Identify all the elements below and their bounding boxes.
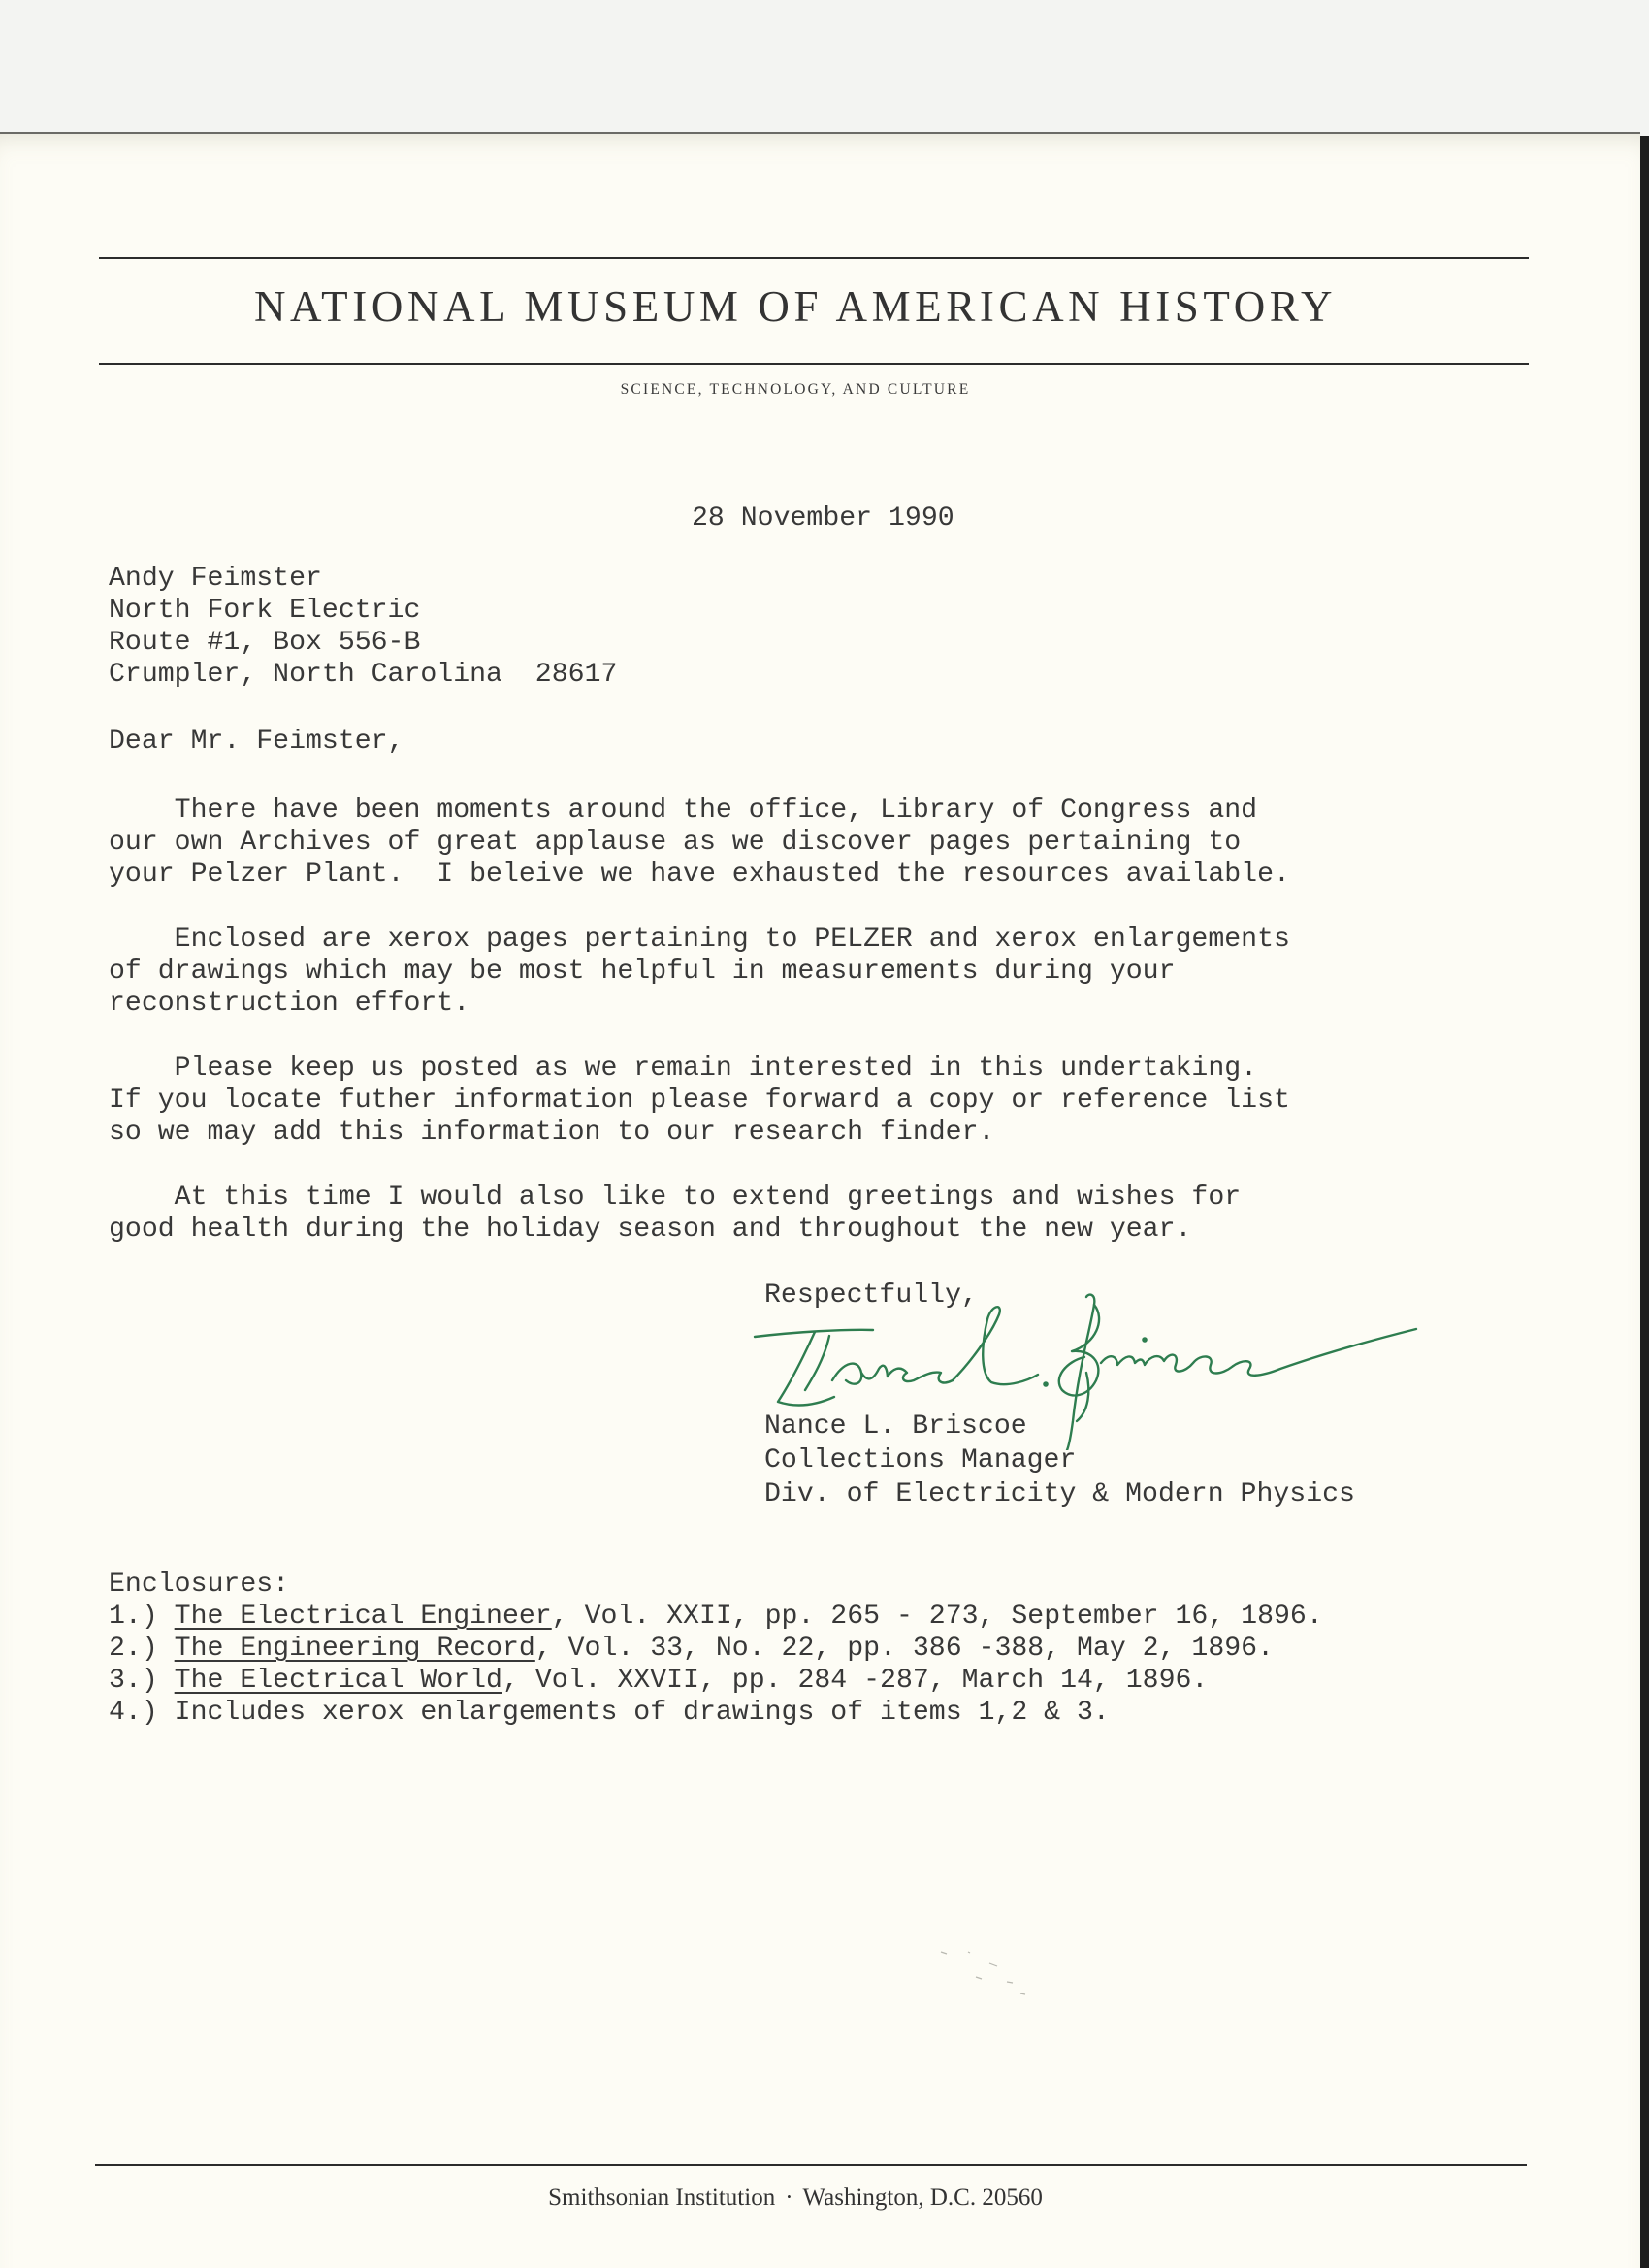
paragraph-line: If you locate futher information please …: [109, 1085, 1290, 1116]
recipient-street: Route #1, Box 556-B: [109, 628, 420, 658]
body-paragraph: Please keep us posted as we remain inter…: [109, 1053, 1290, 1149]
enclosure-publication: The Electrical Engineer: [175, 1602, 552, 1632]
body-paragraph: At this time I would also like to extend…: [109, 1182, 1241, 1246]
letterhead-top-rule: [99, 257, 1529, 259]
footer-separator: ·: [775, 2185, 802, 2211]
enclosure-details: , Vol. XXII, pp. 265 - 273, September 16…: [552, 1602, 1323, 1632]
paragraph-line: your Pelzer Plant. I beleive we have exh…: [109, 859, 1290, 890]
signer-title: Collections Manager: [764, 1445, 1076, 1475]
signer-name: Nance L. Briscoe: [764, 1411, 1027, 1442]
enclosures-list: Enclosures: 1.) The Electrical Engineer,…: [109, 1569, 1323, 1729]
signer-block: Nance L. Briscoe Collections Manager Div…: [764, 1409, 1355, 1511]
footer-address: Smithsonian Institution·Washington, D.C.…: [97, 2185, 1494, 2212]
enclosure-number: 2.): [109, 1634, 175, 1664]
body-paragraph: Enclosed are xerox pages pertaining to P…: [109, 923, 1290, 1020]
enclosure-number: 4.): [109, 1698, 175, 1728]
enclosure-details: , Vol. XXVII, pp. 284 -287, March 14, 18…: [502, 1666, 1208, 1696]
enclosure-publication: The Engineering Record: [175, 1634, 535, 1664]
enclosure-details: , Vol. 33, No. 22, pp. 386 -388, May 2, …: [535, 1634, 1274, 1664]
footer-city: Washington, D.C. 20560: [803, 2185, 1043, 2211]
scanner-background: [0, 0, 1649, 136]
paragraph-line: There have been moments around the offic…: [109, 795, 1257, 826]
enclosure-publication: The Electrical World: [175, 1666, 502, 1696]
enclosure-number: 1.): [109, 1602, 175, 1632]
enclosures-heading: Enclosures:: [109, 1570, 289, 1600]
footer-institution: Smithsonian Institution: [548, 2185, 775, 2211]
signer-division: Div. of Electricity & Modern Physics: [764, 1479, 1355, 1509]
paragraph-line: so we may add this information to our re…: [109, 1118, 994, 1148]
enclosure-number: 3.): [109, 1666, 175, 1696]
recipient-name: Andy Feimster: [109, 564, 322, 594]
paragraph-line: Enclosed are xerox pages pertaining to P…: [109, 924, 1290, 955]
recipient-city: Crumpler, North Carolina 28617: [109, 660, 617, 690]
enclosure-item: 3.) The Electrical World, Vol. XXVII, pp…: [109, 1666, 1208, 1696]
paragraph-line: of drawings which may be most helpful in…: [109, 956, 1176, 987]
paragraph-line: Please keep us posted as we remain inter…: [109, 1053, 1257, 1084]
salutation: Dear Mr. Feimster,: [109, 726, 404, 758]
paragraph-line: good health during the holiday season an…: [109, 1215, 1191, 1245]
enclosure-item: 2.) The Engineering Record, Vol. 33, No.…: [109, 1634, 1274, 1664]
enclosure-item: 1.) The Electrical Engineer, Vol. XXII, …: [109, 1602, 1323, 1632]
letterhead-title: NATIONAL MUSEUM OF AMERICAN HISTORY: [97, 281, 1494, 332]
paper-specks: [931, 1940, 1048, 1998]
body-paragraph: There have been moments around the offic…: [109, 794, 1290, 891]
recipient-company: North Fork Electric: [109, 596, 420, 626]
recipient-address: Andy Feimster North Fork Electric Route …: [109, 563, 617, 691]
paragraph-line: reconstruction effort.: [109, 988, 469, 1019]
paragraph-line: our own Archives of great applause as we…: [109, 827, 1241, 858]
paragraph-line: At this time I would also like to extend…: [109, 1183, 1241, 1213]
letterhead-bottom-rule: [99, 363, 1529, 365]
letterhead-subtitle: SCIENCE, TECHNOLOGY, AND CULTURE: [97, 381, 1494, 399]
scanner-edge: [1640, 136, 1649, 2268]
footer-rule: [95, 2164, 1527, 2166]
enclosure-details: Includes xerox enlargements of drawings …: [175, 1698, 1110, 1728]
letter-date: 28 November 1990: [692, 502, 954, 535]
enclosure-item: 4.) Includes xerox enlargements of drawi…: [109, 1698, 1110, 1728]
